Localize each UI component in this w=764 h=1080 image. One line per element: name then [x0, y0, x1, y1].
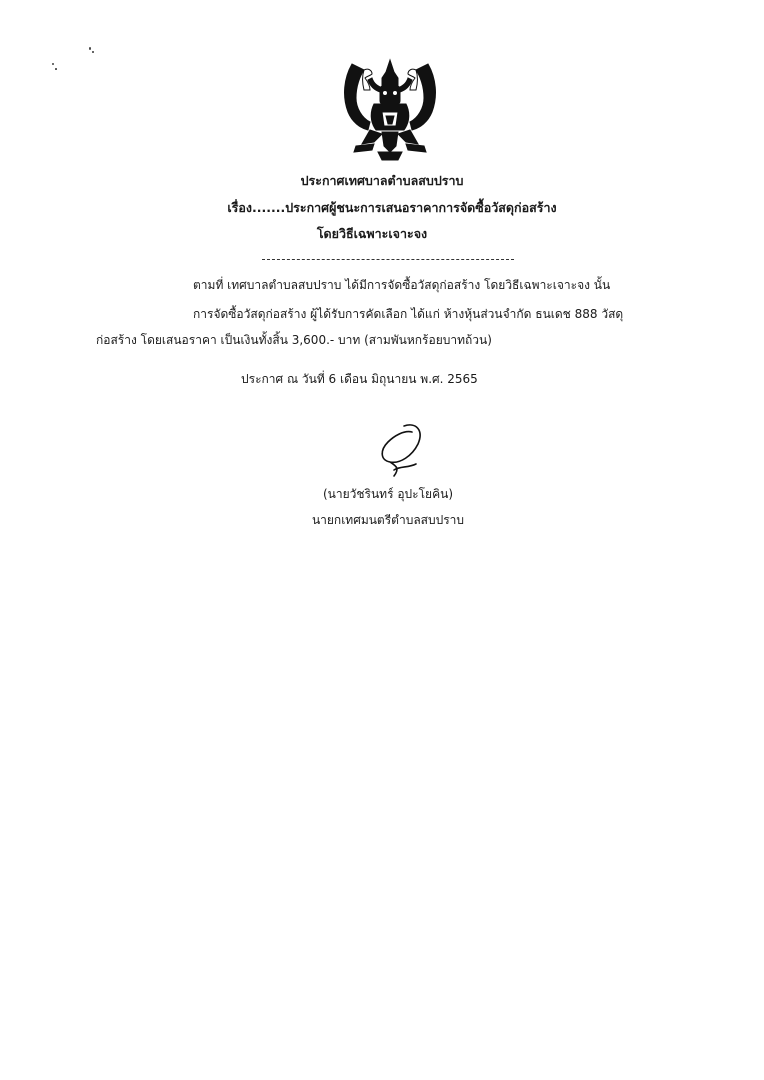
announcement-date: ประกาศ ณ วันที่ 6 เดือน มิถุนายน พ.ศ. 25… [241, 370, 478, 389]
signature-icon [360, 420, 440, 480]
paragraph-intro: ตามที่ เทศบาลตำบลสบปราบ ได้มีการจัดซื้อว… [193, 276, 610, 295]
document-subject: เรื่อง.......ประกาศผู้ชนะการเสนอราคาการจ… [10, 198, 764, 218]
signer-title: นายกเทศมนตรีตำบลสบปราบ [0, 511, 764, 530]
paragraph-winner-line1: การจัดซื้อวัสดุก่อสร้าง ผู้ได้รับการคัดเ… [193, 305, 623, 324]
scan-speck [52, 63, 54, 65]
paragraph-winner-line2: ก่อสร้าง โดยเสนอราคา เป็นเงินทั้งสิ้น 3,… [96, 331, 492, 350]
scan-speck [92, 51, 94, 53]
document-title: ประกาศเทศบาลตำบลสบปราบ [0, 171, 764, 191]
divider-line [262, 259, 514, 260]
scan-speck [55, 68, 57, 70]
document-page: ประกาศเทศบาลตำบลสบปราบ เรื่อง.......ประก… [0, 0, 764, 1080]
procurement-method: โดยวิธีเฉพาะเจาะจง [0, 224, 754, 244]
garuda-emblem-icon [334, 56, 446, 168]
scan-speck [89, 47, 91, 50]
signer-name: (นายวัชรินทร์ อุปะโยคิน) [0, 485, 764, 504]
